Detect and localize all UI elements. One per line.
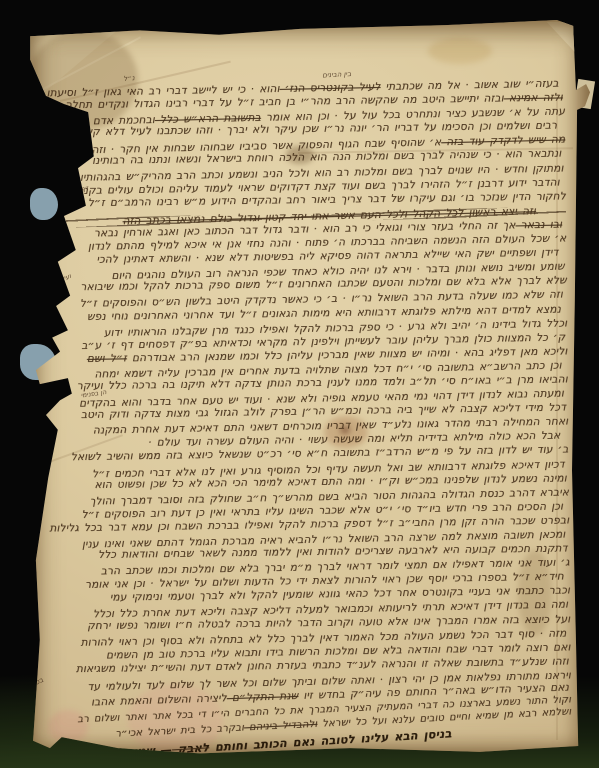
margin-annotation: נ״ל (123, 74, 135, 83)
tape-patch-blue (30, 188, 58, 220)
manuscript-paper: בעזה״י שוב אשוב · אל מה שכתבתי לעיל בקונ… (28, 20, 590, 757)
margin-annotation: הן בפנימי (80, 388, 107, 400)
margin-notes-layer: נ״לבין הביניםהגהה מבחוץצריך עיוןועי׳ לקמ… (28, 20, 590, 757)
scanned-manuscript-photo: בעזה״י שוב אשוב · אל מה שכתבתי לעיל בקונ… (0, 0, 599, 768)
margin-annotation: בין הבינים (322, 70, 351, 80)
